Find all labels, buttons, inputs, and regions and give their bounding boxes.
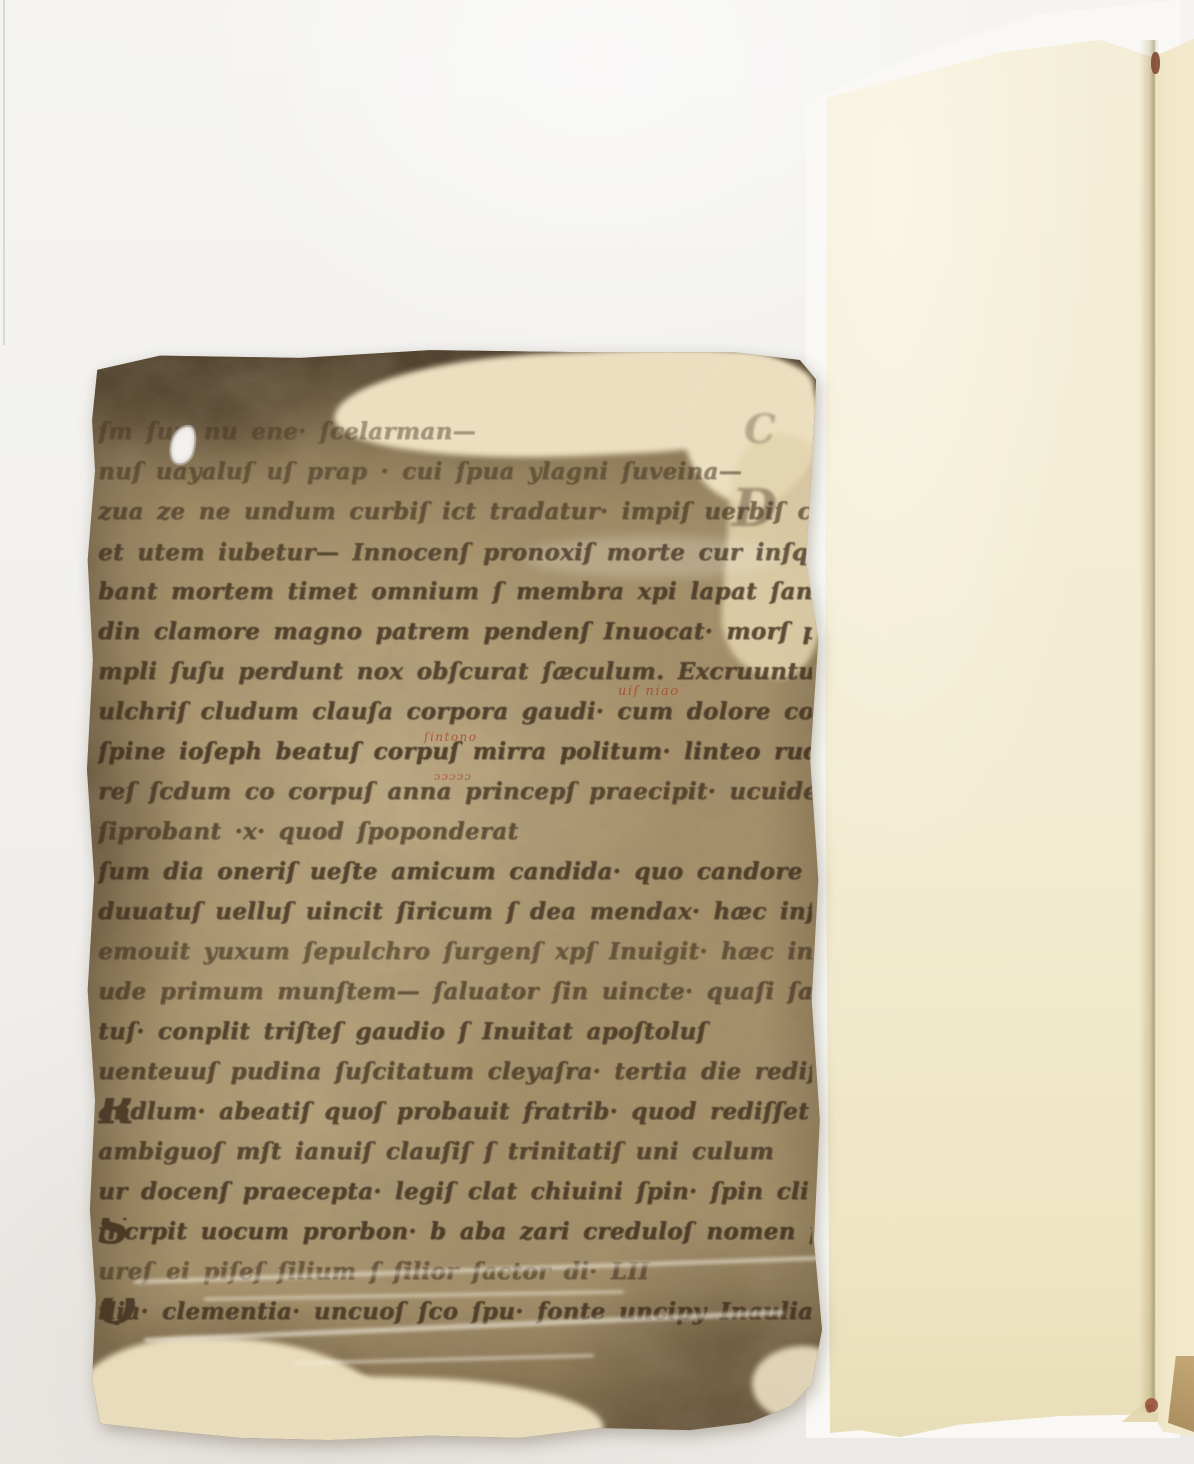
spine-glimpse-bottom [1145,1398,1158,1412]
mount-page [822,30,1158,1440]
rubric-gloss: ſintono [424,730,478,744]
ghost-initial: C [744,406,776,453]
parchment-surface: ſm ſun nu ene· ſcelarman—nuſ uayaluſ uſ … [84,348,822,1440]
rubric-gloss: ɔɔɔɔɔ [434,770,472,783]
ghost-initial: D [732,478,777,539]
glass-edge-line [3,0,5,345]
manuscript-photo: ſm ſun nu ene· ſcelarman—nuſ uayaluſ uſ … [0,0,1194,1464]
parchment-leaf: ſm ſun nu ene· ſcelarman—nuſ uayaluſ uſ … [84,348,822,1440]
rubric-gloss: uiſ niao [618,684,680,699]
manuscript-glosses: uiſ niaoſintonoɔɔɔɔɔDC [84,348,822,1440]
spine-glimpse-top [1151,52,1160,74]
gutter-crease [1140,40,1158,1412]
